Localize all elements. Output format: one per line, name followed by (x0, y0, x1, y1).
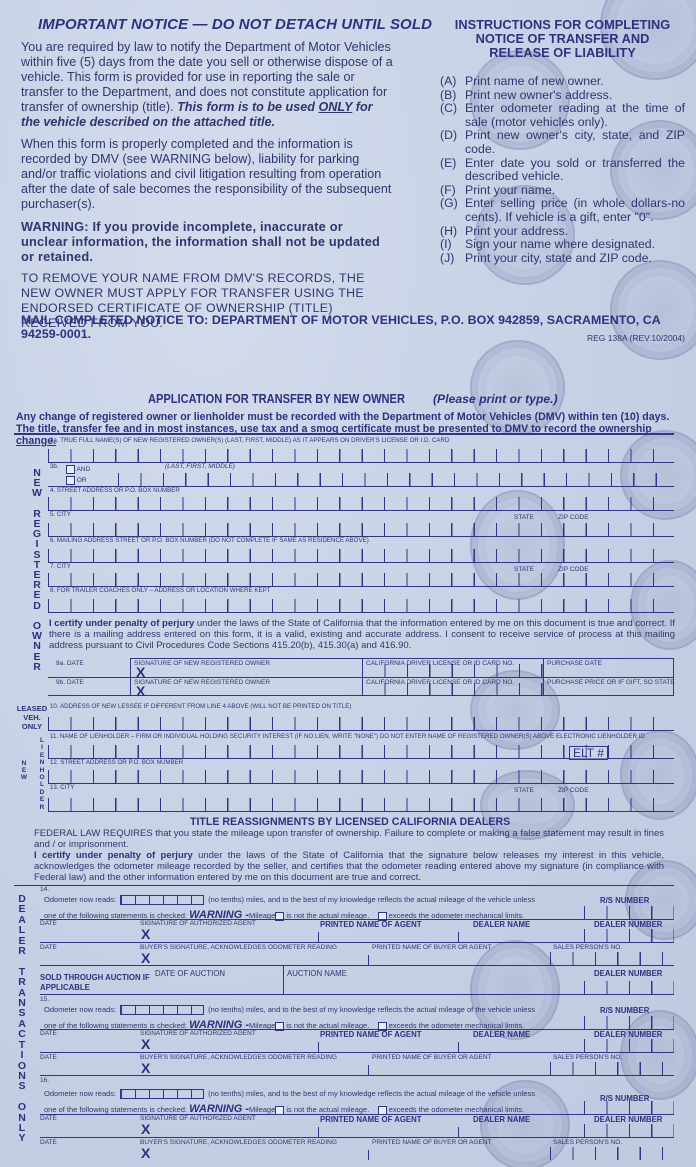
instruction-item: (I)Sign your name where designated. (440, 238, 685, 252)
date-label: DATE (40, 1030, 57, 1037)
instruction-item: (B)Print new owner's address. (440, 89, 685, 103)
field-label: 12. STREET ADDRESS OR P.O. BOX NUMBER (50, 759, 183, 766)
field-label: 6. MAILING ADDRESS STREET OR P.O. BOX NU… (50, 537, 369, 544)
field-5-city[interactable]: 5. CITY STATE ZIP CODE (48, 511, 674, 537)
notice-warning: WARNING: If you provide incomplete, inac… (21, 219, 393, 264)
buyer-signature-label: BUYER'S SIGNATURE, ACKNOWLEDGES ODOMETER… (140, 944, 337, 951)
federal-mileage-notice: FEDERAL LAW REQUIRES that you state the … (34, 828, 664, 850)
or-checkbox[interactable]: OR (66, 476, 87, 485)
dealer-section-title: TITLE REASSIGNMENTS BY LICENSED CALIFORN… (190, 816, 510, 828)
state-label: STATE (514, 787, 534, 794)
notice-paragraph-1: You are required by law to notify the De… (21, 40, 393, 130)
instructions-list: (A)Print name of new owner. (B)Print new… (440, 75, 685, 265)
field-7-city[interactable]: 7. CITY STATE ZIP CODE (48, 563, 674, 587)
sales-person-label: SALES PERSON'S NO. (553, 1139, 622, 1146)
odometer-digits-input[interactable] (120, 895, 204, 905)
signature-agent-label: SIGNATURE OF AUTHORIZED AGENT (140, 1030, 256, 1037)
instruction-item: (C)Enter odometer reading at the time of… (440, 102, 685, 129)
date-label: DATE (40, 920, 57, 927)
buyer-signature-label: BUYER'S SIGNATURE, ACKNOWLEDGES ODOMETER… (140, 1139, 337, 1146)
odometer-digits-input[interactable] (120, 1005, 204, 1015)
and-checkbox[interactable]: AND (66, 465, 90, 474)
odometer-statement: Odometer now reads:(no tenths) miles, an… (44, 1005, 535, 1015)
printed-buyer-label: PRINTED NAME OF BUYER OR AGENT (372, 1139, 492, 1146)
side-label-dealer-transactions-only: DEALERTRANSACTIONSONLY (16, 894, 28, 1144)
signature-x-mark[interactable]: X (141, 950, 150, 966)
signature-agent-label: SIGNATURE OF AUTHORIZED AGENT (140, 920, 256, 927)
field-label: 10. ADDRESS OF NEW LESSEE IF DIFFERENT F… (50, 703, 351, 710)
rs-number-label: R/S NUMBER (600, 1006, 649, 1015)
field-hint: (LAST, FIRST, MIDDLE) (165, 463, 235, 470)
instruction-item: (E)Enter date you sold or transferred th… (440, 157, 685, 184)
signature-x-mark[interactable]: X (141, 1145, 150, 1161)
field-12-lienholder-street[interactable]: 12. STREET ADDRESS OR P.O. BOX NUMBER (48, 759, 674, 784)
dealer-number-label: DEALER NUMBER (594, 920, 662, 929)
application-subtitle: (Please print or type.) (433, 392, 558, 406)
state-seal-watermark (610, 260, 696, 360)
field-label: 4. STREET ADDRESS OR P.O. BOX NUMBER (50, 487, 180, 494)
signature-x-mark[interactable]: X (136, 683, 145, 699)
zip-label: ZIP CODE (558, 566, 589, 573)
zip-label: ZIP CODE (558, 514, 589, 521)
purchase-price-label: PURCHASE PRICE OR IF GIFT, SO STATE (547, 679, 675, 686)
date-9a-label: 9a. DATE (56, 660, 84, 667)
signature-agent-label: SIGNATURE OF AUTHORIZED AGENT (140, 1115, 256, 1122)
field-label: 11. NAME OF LIENHOLDER – FIRM OR INDIVID… (50, 733, 645, 740)
dealer-number-label: DEALER NUMBER (594, 1115, 662, 1124)
dealer-number-label: DEALER NUMBER (594, 1030, 662, 1039)
signature-label: SIGNATURE OF NEW REGISTERED OWNER (134, 679, 270, 686)
odometer-digits-input[interactable] (120, 1089, 204, 1099)
signature-x-mark[interactable]: X (136, 664, 145, 680)
instruction-item: (A)Print name of new owner. (440, 75, 685, 89)
dealer-name-label: DEALER NAME (473, 1115, 530, 1124)
instruction-item: (G)Enter selling price (in whole dollars… (440, 197, 685, 224)
date-label: DATE (40, 1139, 57, 1146)
form-number: REG 138A (REV.10/2004) (587, 333, 685, 343)
field-3a-full-name[interactable]: 3a. TRUE FULL NAME(S) OF NEW REGISTERED … (48, 437, 674, 463)
field-3b-second-owner[interactable]: 3b. (LAST, FIRST, MIDDLE) (48, 463, 674, 487)
field-label: 5. CITY (50, 511, 71, 518)
instruction-item: (F)Print your name. (440, 184, 685, 198)
printed-buyer-label: PRINTED NAME OF BUYER OR AGENT (372, 1054, 492, 1061)
odometer-statement: Odometer now reads:(no tenths) miles, an… (44, 1089, 535, 1099)
dealer-name-label: DEALER NAME (473, 920, 530, 929)
instruction-item: (D)Print new owner's city, state, and ZI… (440, 129, 685, 156)
auction-date-label: DATE OF AUCTION (155, 969, 225, 978)
section-number: 14. (40, 886, 49, 893)
buyer-signature-label: BUYER'S SIGNATURE, ACKNOWLEDGES ODOMETER… (140, 1054, 337, 1061)
field-label: 13. CITY (50, 784, 74, 791)
notice-emphasis: This form is to be used (177, 100, 318, 114)
printed-buyer-label: PRINTED NAME OF BUYER OR AGENT (372, 944, 492, 951)
application-title: APPLICATION FOR TRANSFER BY NEW OWNER (148, 392, 405, 406)
field-13-lienholder-city[interactable]: 13. CITY STATE ZIP CODE (48, 784, 674, 812)
field-label: 7. CITY (50, 563, 71, 570)
printed-agent-label: PRINTED NAME OF AGENT (320, 1030, 422, 1039)
date-label: DATE (40, 1054, 57, 1061)
date-label: DATE (40, 944, 57, 951)
leased-vehicle-label: LEASED VEH. ONLY (16, 704, 48, 731)
section-divider (14, 885, 674, 886)
state-label: STATE (514, 566, 534, 573)
notice-only: ONLY (318, 100, 352, 114)
state-label: STATE (514, 514, 534, 521)
notice-title: IMPORTANT NOTICE — DO NOT DETACH UNTIL S… (38, 16, 432, 33)
rs-number-label: R/S NUMBER (600, 896, 649, 905)
field-6-mailing-address[interactable]: 6. MAILING ADDRESS STREET OR P.O. BOX NU… (48, 537, 674, 563)
side-label-new-registered-owner: NEWREGISTEREDOWNER (31, 468, 43, 672)
field-label: 3b. (50, 463, 59, 470)
date-label: DATE (40, 1115, 57, 1122)
purchase-date-label: PURCHASE DATE (547, 660, 602, 667)
zip-label: ZIP CODE (558, 787, 589, 794)
owner-certification: I certify under penalty of perjury under… (49, 618, 675, 651)
field-label: 8. FOR TRAILER COACHES ONLY – ADDRESS OR… (50, 587, 271, 594)
instruction-item: (H)Print your address. (440, 225, 685, 239)
section-divider (14, 433, 674, 435)
signature-x-mark[interactable]: X (141, 1121, 150, 1137)
field-label: 3a. TRUE FULL NAME(S) OF NEW REGISTERED … (50, 437, 449, 444)
field-4-street-address[interactable]: 4. STREET ADDRESS OR P.O. BOX NUMBER (48, 487, 674, 511)
signature-x-mark[interactable]: X (141, 926, 150, 942)
sales-person-label: SALES PERSON'S NO. (553, 944, 622, 951)
odometer-statement: Odometer now reads:(no tenths) miles, an… (44, 895, 535, 905)
field-8-trailer-location[interactable]: 8. FOR TRAILER COACHES ONLY – ADDRESS OR… (48, 587, 674, 613)
field-10-lessee-address[interactable]: 10. ADDRESS OF NEW LESSEE IF DIFFERENT F… (48, 703, 674, 731)
signature-x-mark[interactable]: X (141, 1036, 150, 1052)
printed-agent-label: PRINTED NAME OF AGENT (320, 920, 422, 929)
side-label-lienholder: LIENHOLDER (38, 737, 46, 811)
section-number: 16. (40, 1077, 49, 1084)
printed-agent-label: PRINTED NAME OF AGENT (320, 1115, 422, 1124)
dealer-certification: I certify under penalty of perjury under… (34, 850, 664, 883)
auction-name-label: AUCTION NAME (287, 969, 347, 978)
signature-x-mark[interactable]: X (141, 1060, 150, 1076)
notice-body: You are required by law to notify the De… (21, 40, 393, 338)
instructions-title: INSTRUCTIONS FOR COMPLETING NOTICE OF TR… (445, 18, 680, 60)
signature-label: SIGNATURE OF NEW REGISTERED OWNER (134, 660, 270, 667)
notice-paragraph-2: When this form is properly completed and… (21, 137, 393, 212)
instruction-item: (J)Print your city, state and ZIP code. (440, 252, 685, 266)
dealer-number-label: DEALER NUMBER (594, 969, 662, 978)
elt-number-box[interactable]: ELT # (569, 746, 608, 760)
side-label-new: NEW (20, 760, 28, 781)
dealer-name-label: DEALER NAME (473, 1030, 530, 1039)
section-number: 15. (40, 996, 49, 1003)
sales-person-label: SALES PERSON'S NO. (553, 1054, 622, 1061)
auction-label: SOLD THROUGH AUCTION IF APPLICABLE (40, 973, 150, 992)
date-9b-label: 9b. DATE (56, 679, 84, 686)
